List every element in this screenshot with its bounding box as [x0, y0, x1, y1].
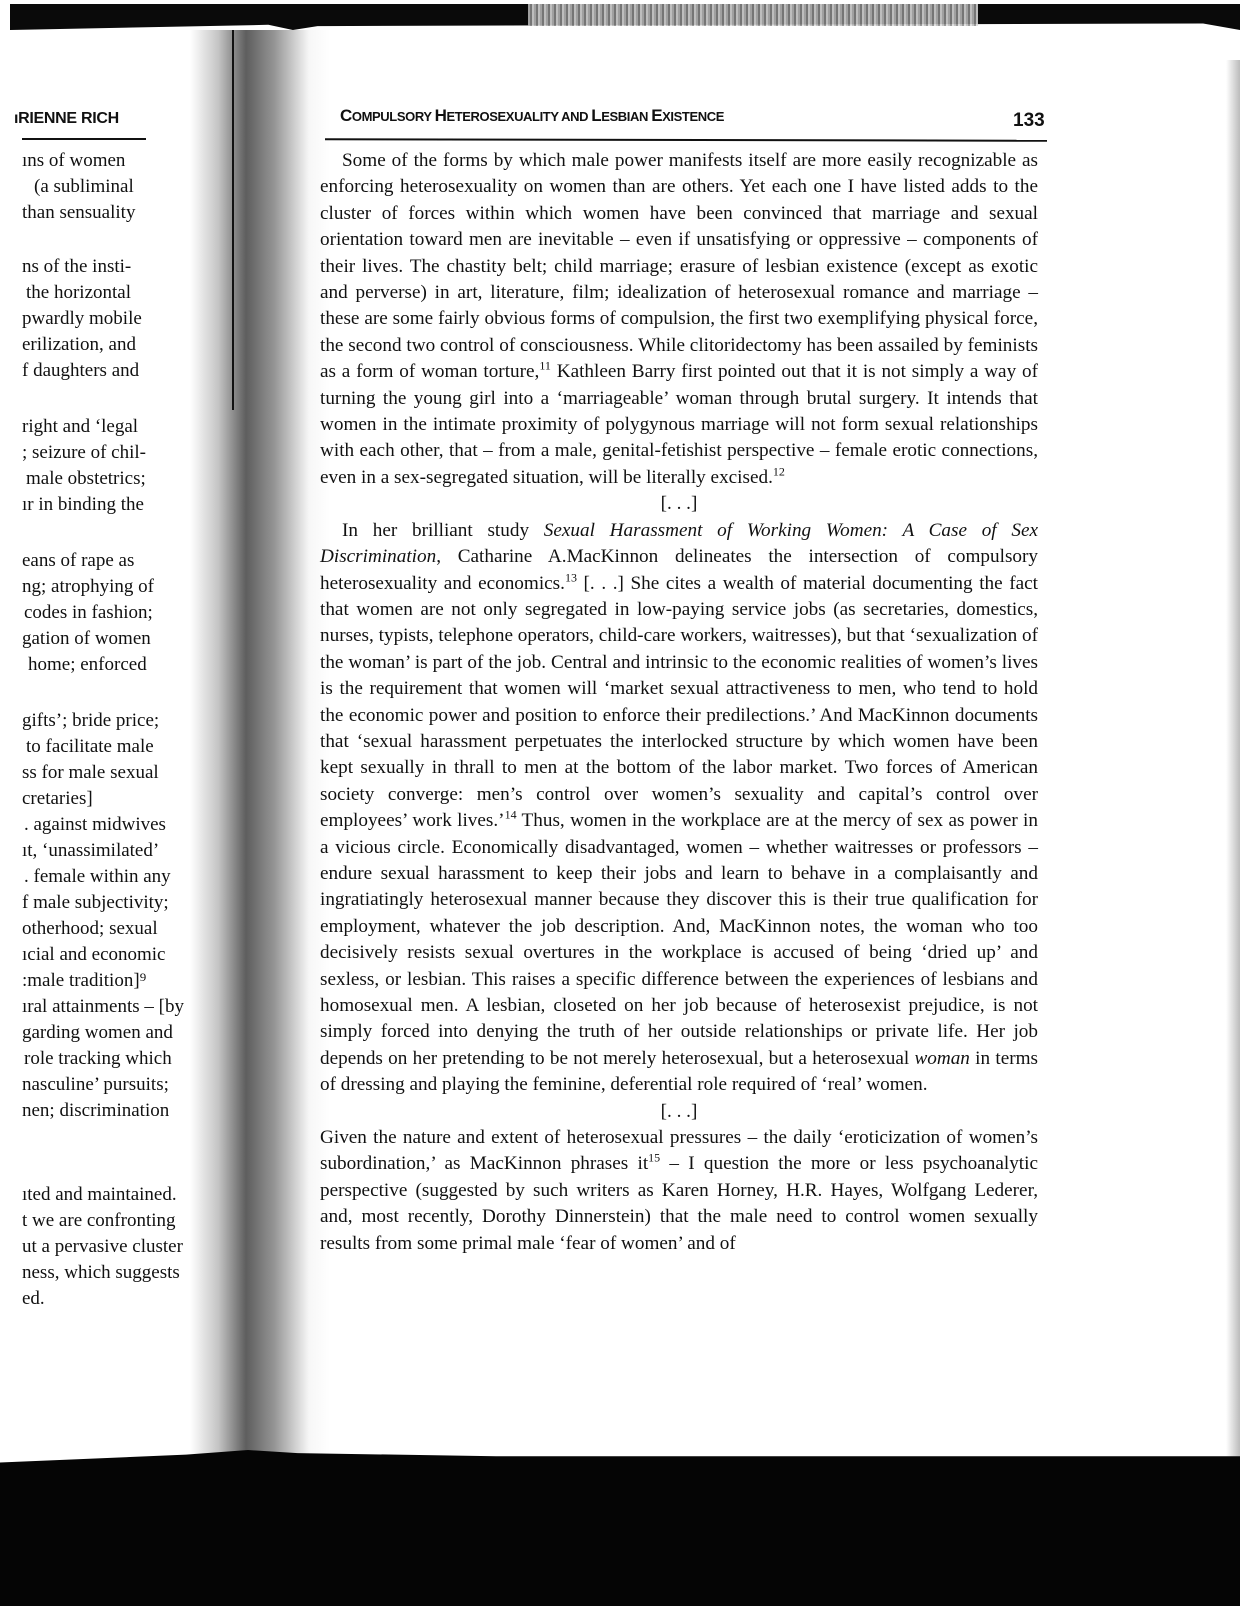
left-page-line: . against midwives	[24, 812, 166, 838]
body-text: Some of the forms by which male power ma…	[320, 148, 1038, 1257]
ellipsis-break: [. . .]	[320, 491, 1038, 517]
left-page-line: ıcial and economic	[22, 942, 166, 968]
left-page-line: ıns of women	[22, 148, 125, 174]
left-page-line: f daughters and	[22, 358, 139, 384]
left-page-line: pwardly mobile	[22, 306, 142, 332]
left-page-line: ıted and maintained.	[22, 1182, 177, 1208]
running-head-cap: E	[651, 106, 662, 125]
left-page-line: nasculine’ pursuits;	[22, 1072, 169, 1098]
left-page-line: the horizontal	[26, 280, 131, 306]
paragraph-text: Some of the forms by which male power ma…	[320, 150, 1038, 382]
left-page-line: gifts’; bride price;	[22, 708, 159, 734]
left-header-rule	[22, 138, 146, 140]
footnote-ref-15: 15	[648, 1151, 660, 1165]
left-page-line: ; seizure of chil-	[22, 440, 146, 466]
gutter-fold-line	[232, 30, 234, 410]
left-page-line: ır in binding the	[22, 492, 144, 518]
left-page-line: f male subjectivity;	[22, 890, 169, 916]
left-page-line: t we are confronting	[22, 1208, 176, 1234]
running-head-rest: ETEROSEXUALITY AND	[446, 109, 591, 124]
emphasized-word: woman	[914, 1048, 969, 1069]
left-page-line: than sensuality	[22, 200, 135, 226]
scan-bottom-shadow	[0, 1450, 1240, 1606]
left-page-line: :male tradition]⁹	[22, 968, 146, 994]
right-header-rule	[325, 138, 1047, 142]
left-page-line: to facilitate male	[26, 734, 154, 760]
ellipsis-break: [. . .]	[320, 1099, 1038, 1125]
left-page-line: nen; discrimination	[22, 1098, 169, 1124]
left-page-line: ness, which suggests	[22, 1260, 180, 1286]
footnote-ref-14: 14	[505, 808, 517, 822]
left-page-line: otherhood; sexual	[22, 916, 158, 942]
paragraph-1: Some of the forms by which male power ma…	[320, 148, 1038, 491]
left-page-line: (a subliminal	[34, 174, 134, 200]
running-head-cap: C	[340, 106, 352, 125]
left-running-head: ıRIENNE RICH	[14, 110, 119, 128]
running-head-rest: OMPULSORY	[352, 109, 435, 124]
running-head-rest: ESBIAN	[601, 109, 651, 124]
left-page-line: erilization, and	[22, 332, 136, 358]
left-page-line: home; enforced	[28, 652, 147, 678]
paragraph-3: Given the nature and extent of heterosex…	[320, 1125, 1038, 1257]
running-head-cap: H	[435, 106, 447, 125]
footnote-ref-11: 11	[539, 359, 551, 373]
left-page-line: garding women and	[22, 1020, 173, 1046]
left-page-line: male obstetrics;	[26, 466, 146, 492]
page-number: 133	[1013, 110, 1045, 132]
running-head-rest: XISTENCE	[662, 109, 724, 124]
page-edge-shadow	[1226, 60, 1240, 1460]
left-page-line: ng; atrophying of	[22, 574, 154, 600]
right-running-head: COMPULSORY HETEROSEXUALITY AND LESBIAN E…	[340, 106, 724, 126]
left-page-line: right and ‘legal	[22, 414, 138, 440]
scan-top-noise	[528, 4, 978, 26]
paragraph-text: In her brilliant study	[342, 520, 544, 541]
footnote-ref-13: 13	[565, 570, 577, 584]
footnote-ref-12: 12	[773, 464, 785, 478]
left-page-line: ss for male sexual	[22, 760, 159, 786]
left-page-line: ıral attainments – [by	[22, 994, 184, 1020]
left-page-line: eans of rape as	[22, 548, 134, 574]
left-page-line: codes in fashion;	[24, 600, 153, 626]
left-page-line: ut a pervasive cluster	[22, 1234, 183, 1260]
left-page-line: . female within any	[24, 864, 171, 890]
book-gutter-shadow	[190, 30, 330, 1470]
left-page-line: ed.	[22, 1286, 45, 1312]
left-page-line: ns of the insti-	[22, 254, 131, 280]
left-page-line: role tracking which	[24, 1046, 172, 1072]
running-head-cap: L	[591, 106, 601, 125]
paragraph-text: [. . .] She cites a wealth of material d…	[320, 573, 1038, 832]
left-page-line: gation of women	[22, 626, 151, 652]
left-page-line: cretaries]	[22, 786, 93, 812]
paragraph-text: Thus, women in the workplace are at the …	[320, 810, 1038, 1069]
paragraph-2: In her brilliant study Sexual Harassment…	[320, 518, 1038, 1099]
left-page-line: ıt, ‘unassimilated’	[22, 838, 159, 864]
